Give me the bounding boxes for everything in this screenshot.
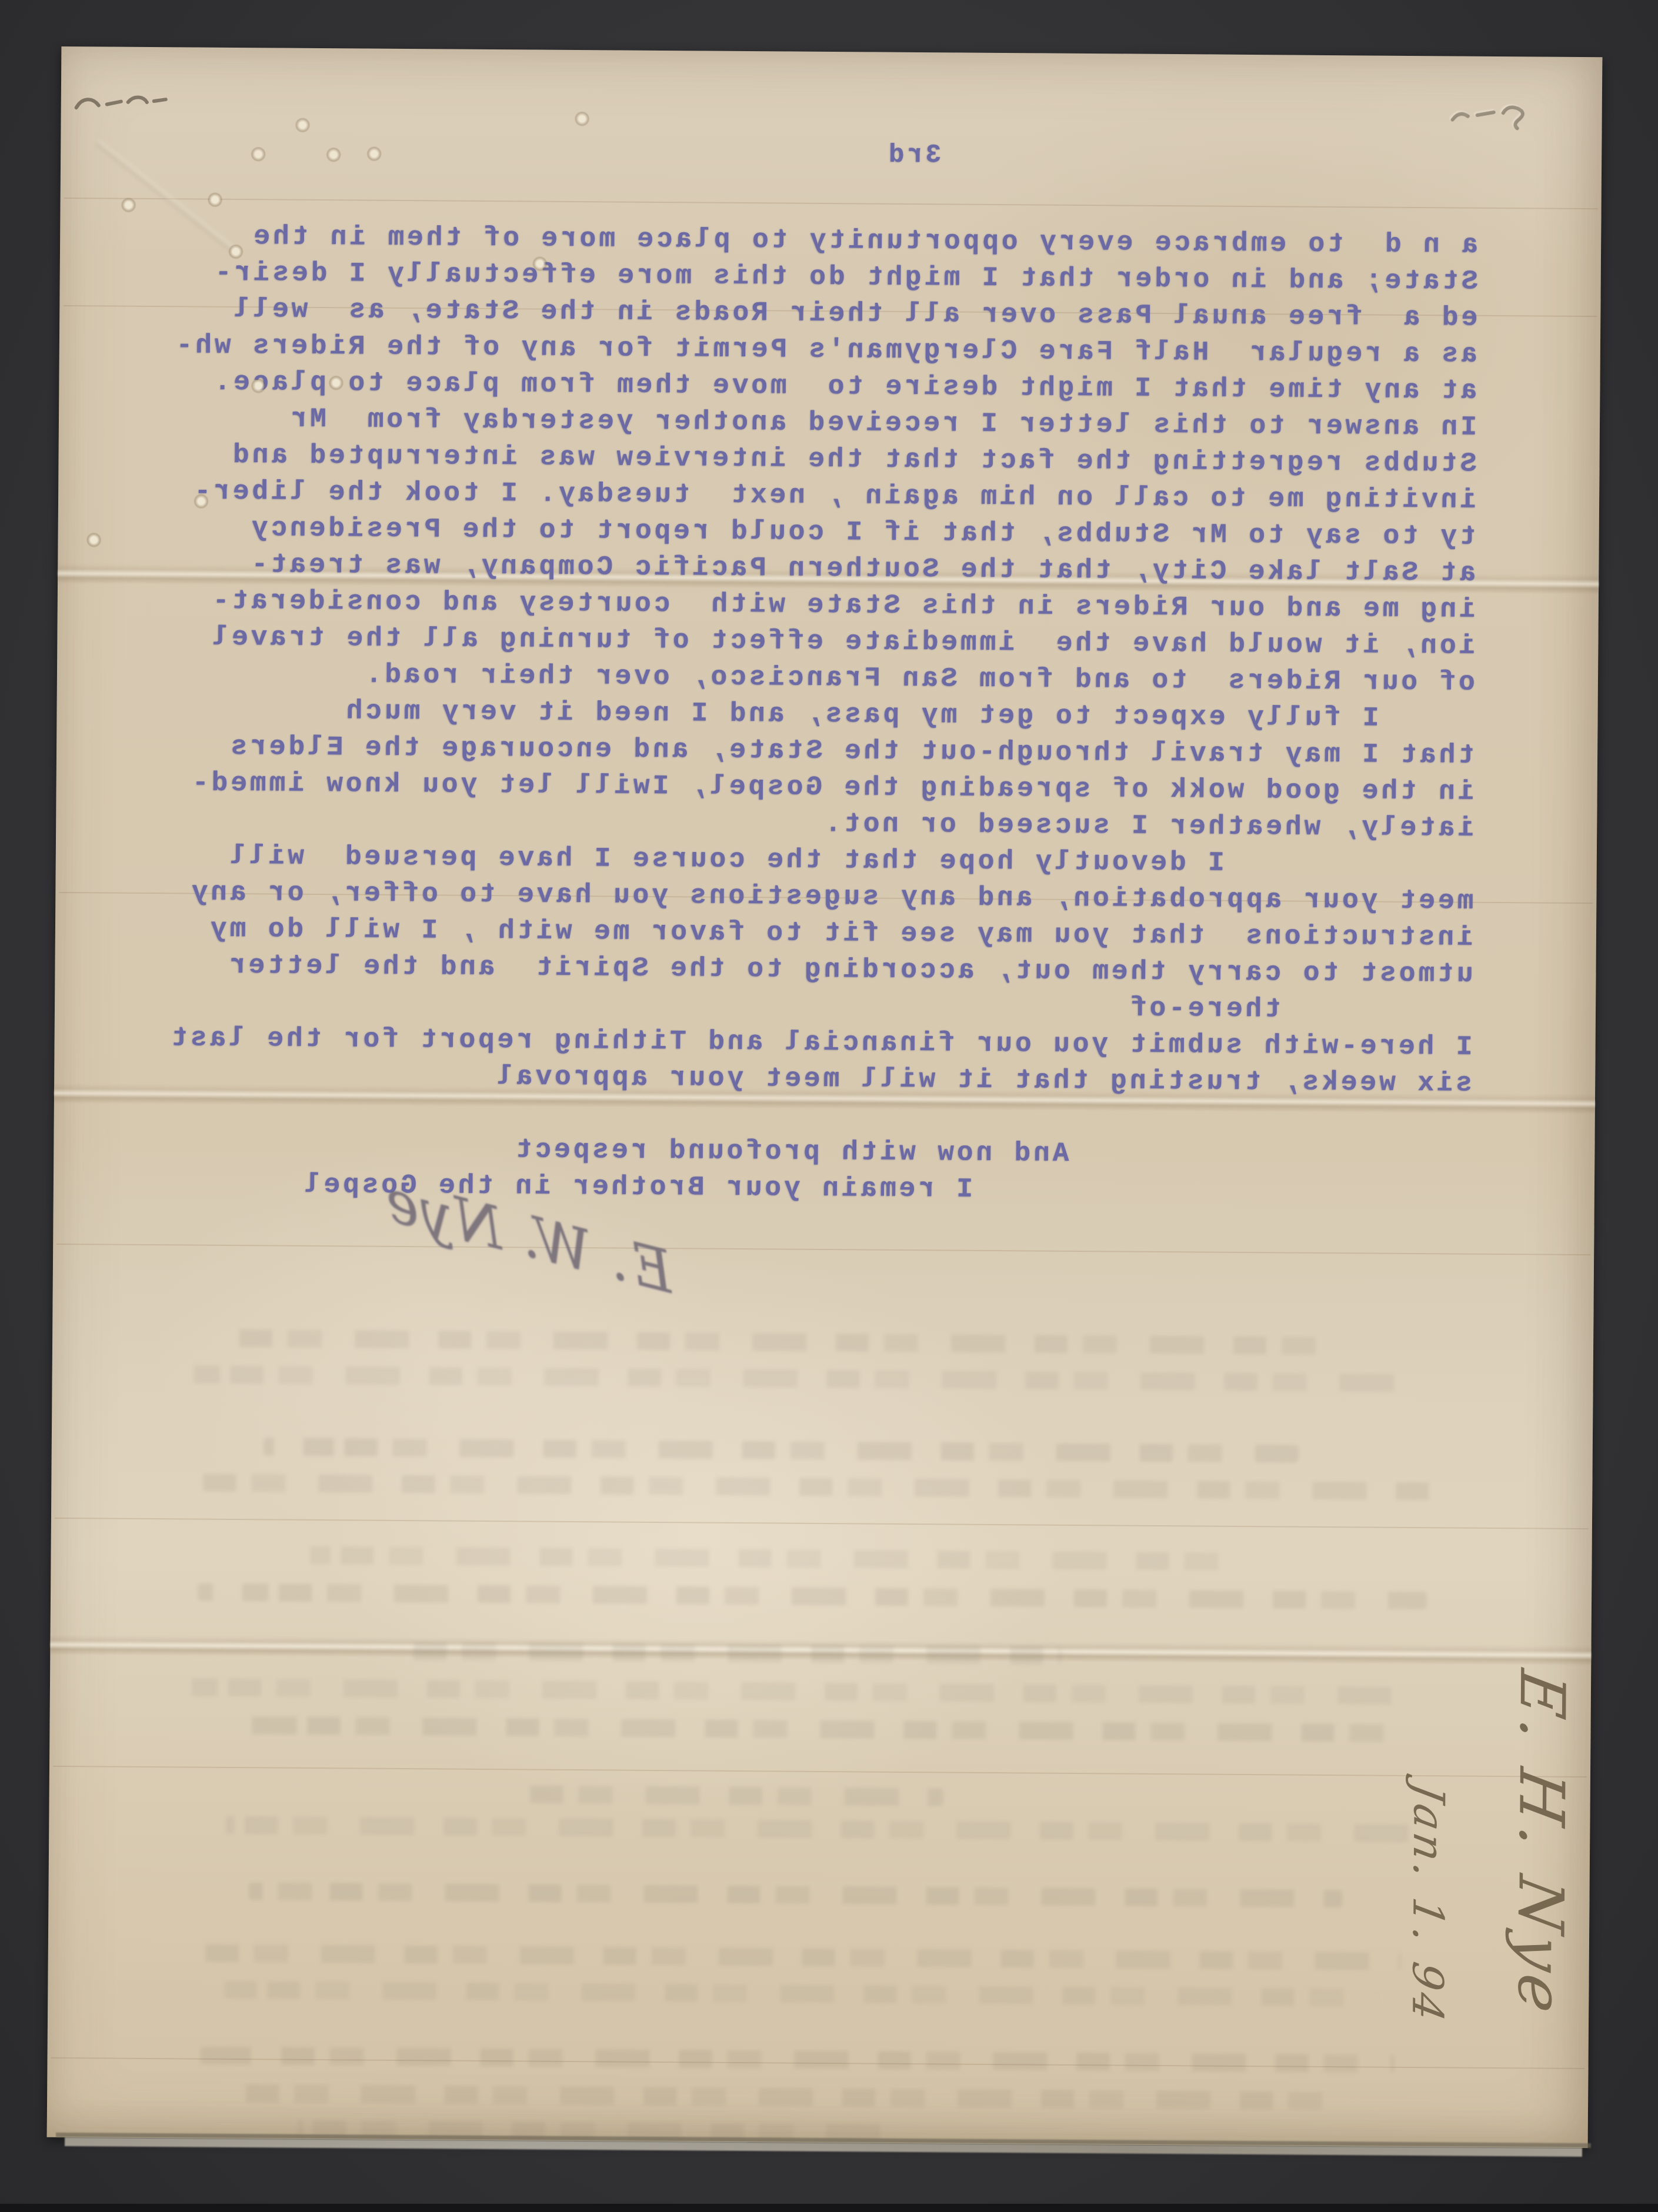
scanned-document: { "scan": { "mount_color": "#343336", "p… xyxy=(0,0,1658,2212)
endorsement-date-handwriting: Jan. 1. 94 xyxy=(1403,1780,1454,2029)
typed-text-layer-mirrored: 3rd a n d to embrace every opportunity t… xyxy=(47,46,1603,2148)
endorsement-name-handwriting: E. H. Nye xyxy=(1504,1665,1578,2023)
scan-edge-bar xyxy=(0,2204,1658,2212)
letter-page-back: 3rd a n d to embrace every opportunity t… xyxy=(47,46,1603,2148)
letter-body: a n d to embrace every opportunity to pl… xyxy=(54,46,1603,1212)
pin-marks xyxy=(61,46,62,47)
embossed-squiggle-mark xyxy=(1449,97,1578,139)
pencil-squiggle-mark xyxy=(72,89,201,125)
